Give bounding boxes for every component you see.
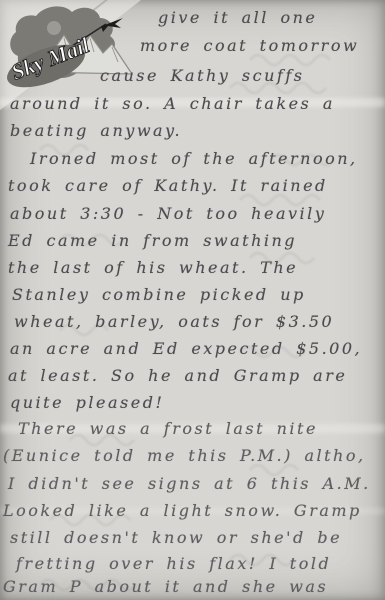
letter-line: wheat, barley, oats for $3.50 xyxy=(14,312,334,331)
letter-line: Gram P about it and she was xyxy=(3,577,328,596)
letter-line: Ironed most of the afternoon, xyxy=(30,149,358,168)
letter-line: about 3:30 - Not too heavily xyxy=(10,204,326,223)
letter-line: beating anyway. xyxy=(10,121,182,140)
letter-page: Sky Mail give it all one more coat tomor… xyxy=(0,0,385,600)
letter-line: There was a frost last nite xyxy=(18,419,318,438)
letter-line: still doesn't know or she'd be xyxy=(10,528,342,547)
letter-line: Looked like a light snow. Gramp xyxy=(3,501,362,520)
letter-line: at least. So he and Gramp are xyxy=(8,366,347,385)
letter-line: I didn't see signs at 6 this A.M. xyxy=(8,474,371,493)
letter-line: (Eunice told me this P.M.) altho, xyxy=(3,446,366,465)
letter-line: Stanley combine picked up xyxy=(12,285,306,304)
letter-line: quite pleased! xyxy=(10,393,164,412)
letter-line: the last of his wheat. The xyxy=(8,258,298,277)
letter-line: took care of Kathy. It rained xyxy=(8,176,328,195)
letter-line: fretting over his flax! I told xyxy=(16,554,331,573)
letter-line: give it all one xyxy=(158,8,317,27)
letter-line: around it so. A chair takes a xyxy=(10,94,335,113)
letter-line: an acre and Ed expected $5.00, xyxy=(10,339,362,358)
letter-line: cause Kathy scuffs xyxy=(100,66,304,85)
letter-line: Ed came in from swathing xyxy=(8,231,297,250)
letter-line: more coat tomorrow xyxy=(140,36,359,55)
